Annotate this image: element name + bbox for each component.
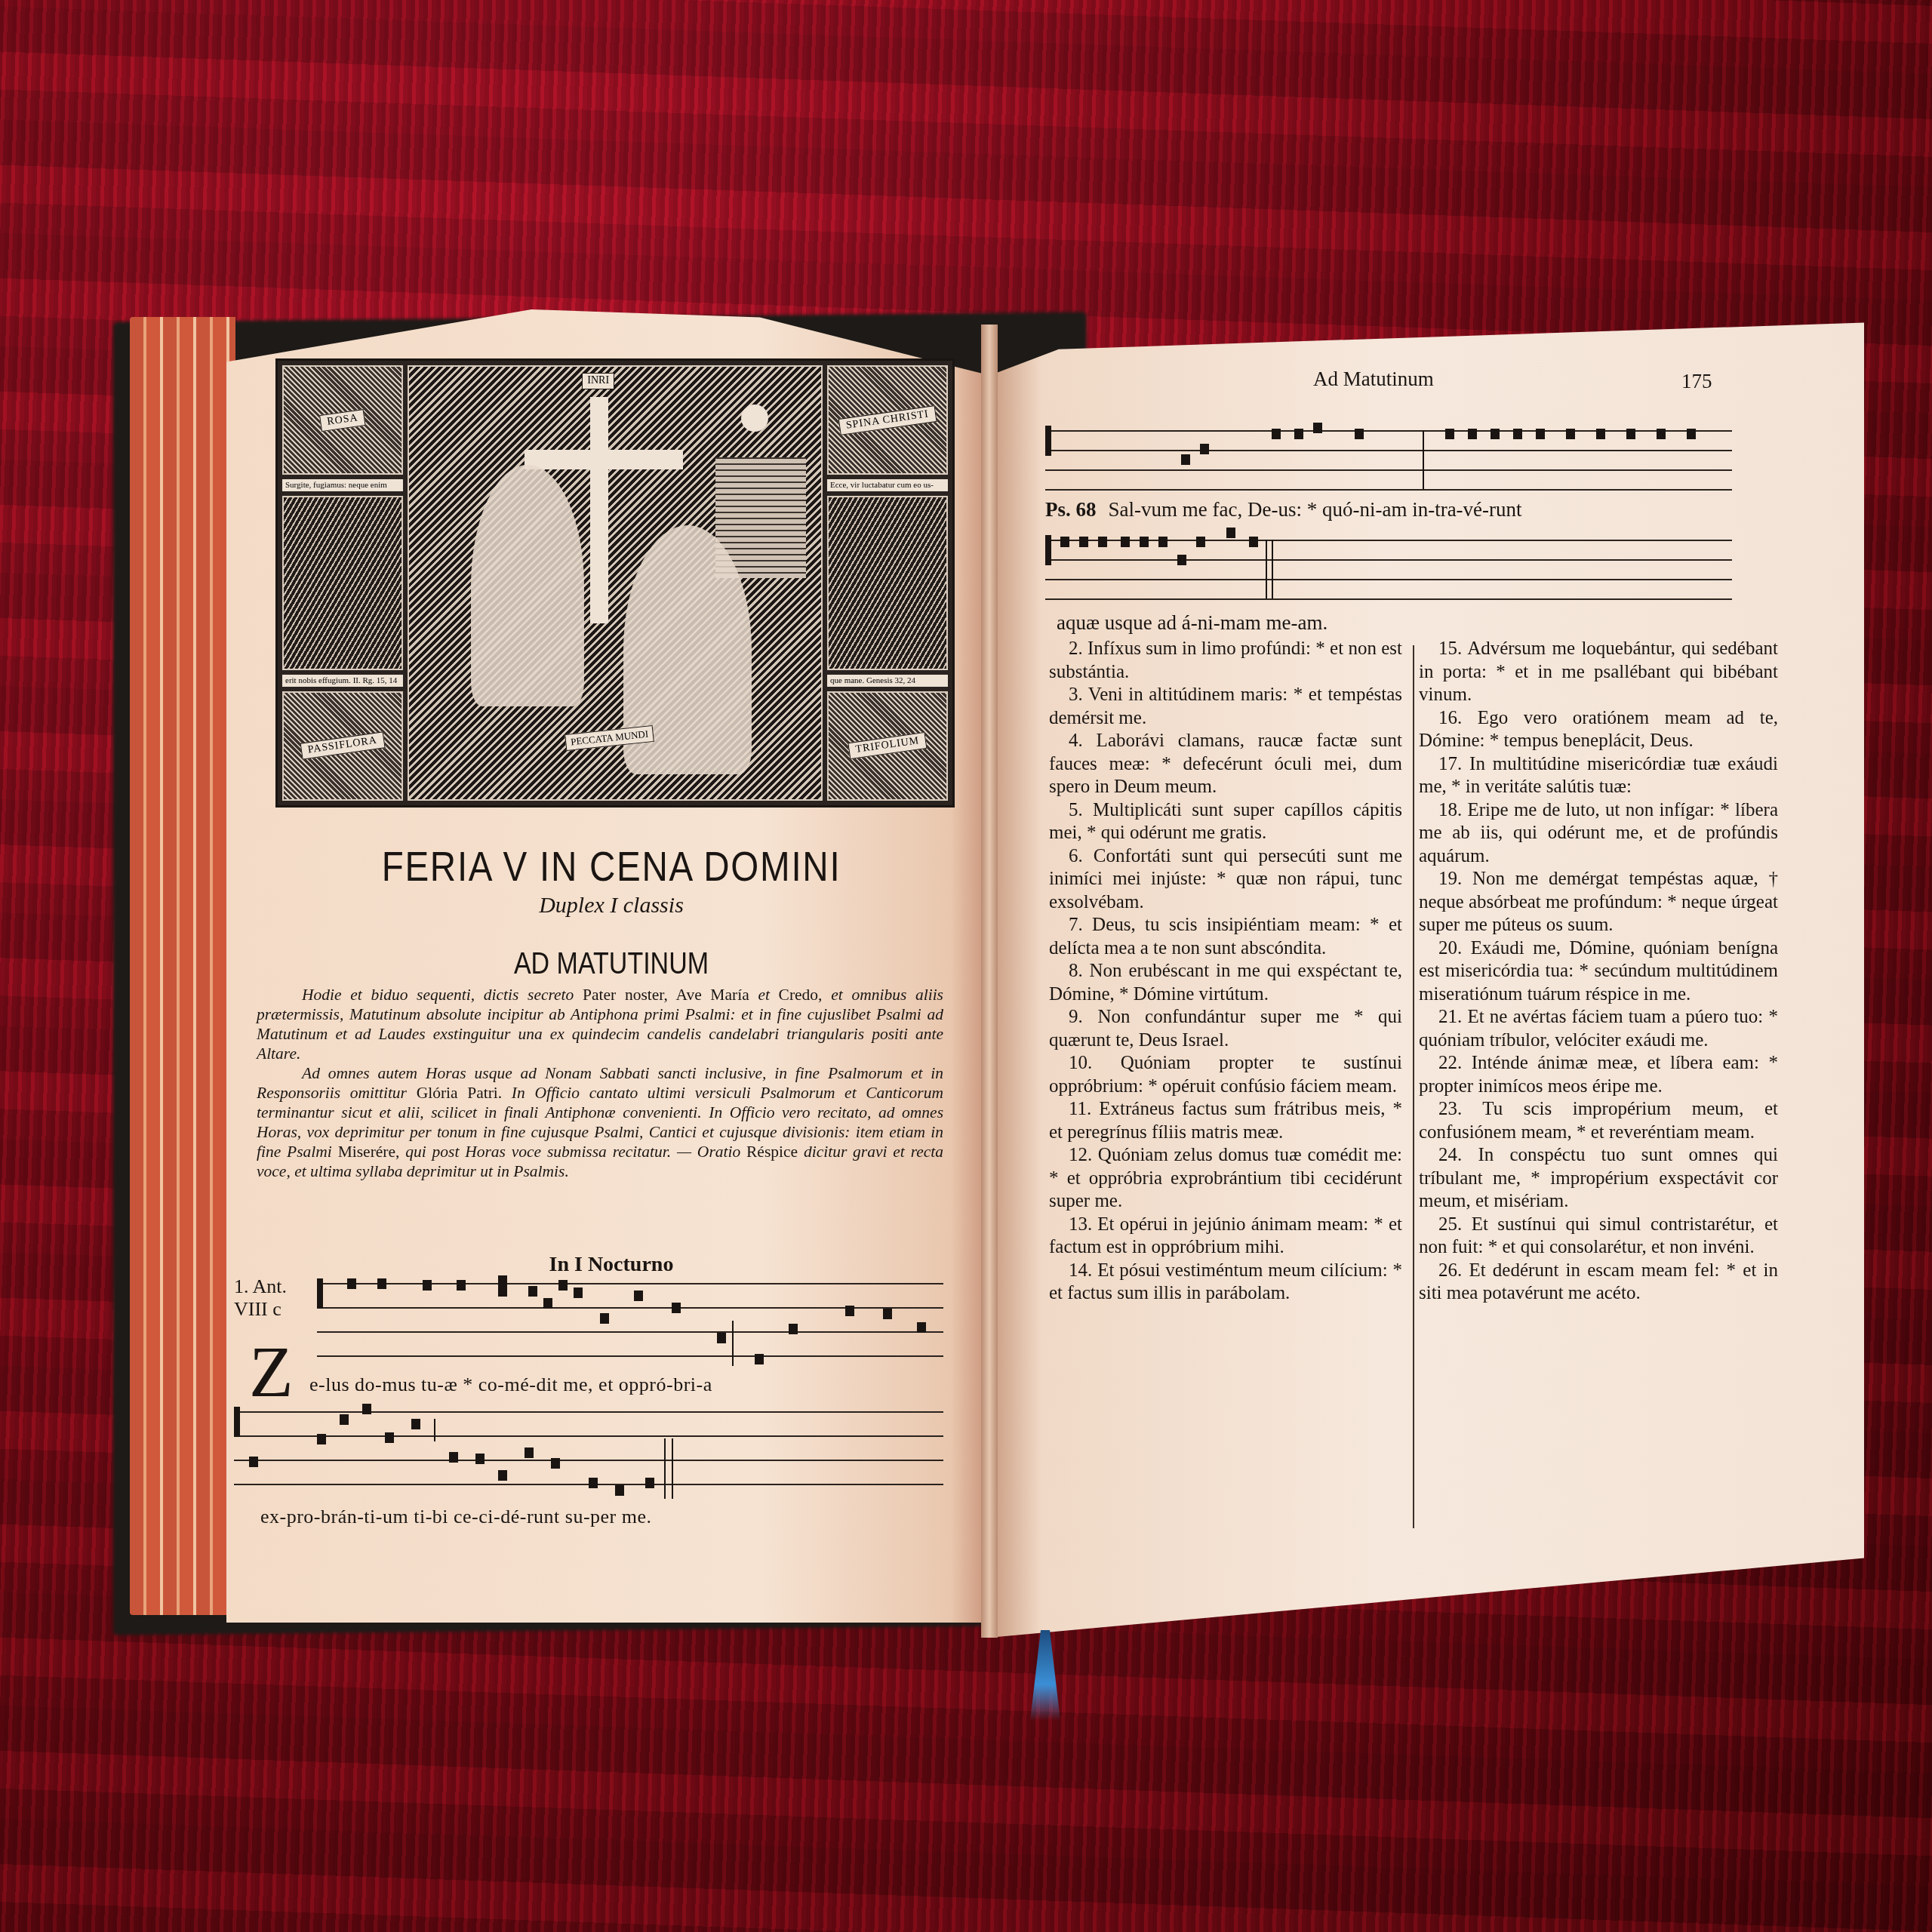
engraving-agony-in-garden: INRI PECCATA MUNDI (408, 365, 823, 801)
hour-title: AD MATUTINUM (323, 947, 900, 981)
feast-title: FERIA V IN CENA DOMINI (323, 841, 900, 891)
panel-label: TRIFOLIUM (848, 732, 927, 759)
rubric-instructions: Hodie et biduo sequenti, dictis secreto … (257, 985, 943, 1181)
psalm-verse: 26. Et dedérunt in escam meam fel: * et … (1419, 1260, 1778, 1306)
chant-staff (234, 1404, 943, 1488)
psalm-tone-staff (1045, 423, 1732, 507)
angel-figure (471, 465, 584, 706)
antiphon-label: 1. Ant. VIII c (234, 1275, 287, 1321)
psalm-verse: 23. Tu scis impropérium meum, et confusi… (1419, 1098, 1778, 1144)
psalm-verse: 10. Quóniam propter te sustínui oppróbri… (1049, 1052, 1402, 1098)
psalm-verse: 13. Et opérui in jejúnio ánimam meam: * … (1049, 1214, 1402, 1260)
c-clef-icon (317, 1278, 323, 1309)
psalm-verse: 11. Extráneus factus sum frátribus meis,… (1049, 1098, 1402, 1144)
chant-staff (317, 1283, 943, 1367)
book-gutter (981, 325, 998, 1638)
ribbon-bookmark (1030, 1630, 1060, 1721)
psalm-verse: 16. Ego vero oratiónem meam ad te, Dómin… (1419, 707, 1778, 753)
panel-spina-christi: SPINA CHRISTI (827, 365, 948, 475)
caption: Ecce, vir luctabatur cum eo us- (827, 479, 948, 491)
moon-icon (741, 405, 768, 432)
open-book: ROSA Surgite, fugiamus: neque enim erit … (0, 0, 1932, 1932)
psalm-verse: 3. Veni in altitúdinem maris: * et tempé… (1049, 684, 1402, 730)
psalm-incipit: Ps. 68Sal-vum me fac, De-us: * quó-ni-am… (1045, 498, 1740, 521)
c-clef-icon (1045, 426, 1051, 456)
psalm-verses-right-column: 15. Advérsum me loquebántur, qui sedéban… (1419, 638, 1778, 1306)
cross-beam (525, 450, 683, 469)
panel-scene-jacob-wrestling (827, 496, 948, 669)
page-edges (130, 317, 235, 1615)
psalm-verse: 12. Quóniam zelus domus tuæ comédit me: … (1049, 1144, 1402, 1214)
panel-rosa: ROSA (282, 365, 403, 475)
psalm-tone-staff (1045, 532, 1732, 617)
engraving-left-column: ROSA Surgite, fugiamus: neque enim erit … (282, 365, 403, 801)
psalm-verse: 19. Non me demérgat tempéstas aquæ, † ne… (1419, 868, 1778, 937)
panel-label: ROSA (319, 409, 366, 432)
psalm-verse: 9. Non confundántur super me * qui quæru… (1049, 1006, 1402, 1052)
psalm-verse: 2. Infíxus sum in limo profúndi: * et no… (1049, 638, 1402, 684)
psalm-verse: 7. Deus, tu scis insipiéntiam meam: * et… (1049, 914, 1402, 960)
psalm-verses-left-column: 2. Infíxus sum in limo profúndi: * et no… (1049, 638, 1402, 1306)
psalm-verse: 20. Exáudi me, Dómine, quóniam benígna e… (1419, 937, 1778, 1007)
psalm-verse: 18. Eripe me de luto, ut non infígar: * … (1419, 799, 1778, 869)
psalm-verse: 14. Et pósui vestiméntum meum cilícium: … (1049, 1260, 1402, 1306)
psalm-verse: 21. Et ne avértas fáciem tuam a púero tu… (1419, 1006, 1778, 1052)
rubric-paragraph: Ad omnes autem Horas usque ad Nonam Sabb… (257, 1063, 943, 1181)
page-number: 175 (1681, 370, 1712, 393)
psalm-incipit-continuation: aquæ usque ad á-ni-mam me-am. (1057, 611, 1327, 635)
nocturn-heading: In I Nocturno (272, 1253, 951, 1277)
engraving-right-column: SPINA CHRISTI Ecce, vir luctabatur cum e… (827, 365, 948, 801)
drop-cap: Z (249, 1336, 294, 1408)
panel-passiflora: PASSIFLORA (282, 691, 403, 801)
psalm-verse: 4. Laborávi clamans, raucæ factæ sunt fa… (1049, 730, 1402, 799)
caption: que mane. Genesis 32, 24 (827, 675, 948, 687)
column-divider (1413, 645, 1414, 1528)
psalm-verse: 6. Confortáti sunt qui persecúti sunt me… (1049, 845, 1402, 915)
c-clef-icon (1045, 535, 1051, 565)
panel-trifolium: TRIFOLIUM (827, 691, 948, 801)
psalm-verse: 24. In conspéctu tuo sunt omnes qui tríb… (1419, 1144, 1778, 1214)
rubric-paragraph: Hodie et biduo sequenti, dictis secreto … (257, 985, 943, 1063)
panel-label: SPINA CHRISTI (838, 405, 937, 435)
psalm-verse: 17. In multitúdine misericórdiæ tuæ exáu… (1419, 753, 1778, 799)
antiphon-lyrics-line-2: ex-pro-brán-ti-um ti-bi ce-ci-dé-runt su… (260, 1506, 652, 1528)
psalm-verse: 25. Et sustínui qui simul contristarétur… (1419, 1214, 1778, 1260)
panel-label: PASSIFLORA (300, 732, 386, 760)
c-clef-icon (234, 1407, 240, 1437)
psalm-verse: 15. Advérsum me loquebántur, qui sedéban… (1419, 638, 1778, 707)
inri-plaque: INRI (582, 373, 614, 389)
caption: Surgite, fugiamus: neque enim (282, 479, 403, 491)
psalm-verse: 22. Inténde ánimæ meæ, et líbera eam: * … (1419, 1052, 1778, 1098)
running-head: Ad Matutinum (1313, 368, 1434, 391)
antiphon-lyrics-line-1: e-lus do-mus tu-æ * co-mé-dit me, et opp… (309, 1374, 712, 1396)
caption: erit nobis effugium. II. Rg. 15, 14 (282, 675, 403, 687)
feast-rank: Duplex I classis (272, 893, 951, 918)
psalm-verse: 8. Non erubéscant in me qui exspéctant t… (1049, 960, 1402, 1006)
engraving-illustration: ROSA Surgite, fugiamus: neque enim erit … (275, 358, 955, 808)
cross-icon (590, 397, 608, 623)
psalm-verse: 5. Multiplicáti sunt super capíllos cápi… (1049, 799, 1402, 845)
panel-scene-fleeing (282, 496, 403, 669)
